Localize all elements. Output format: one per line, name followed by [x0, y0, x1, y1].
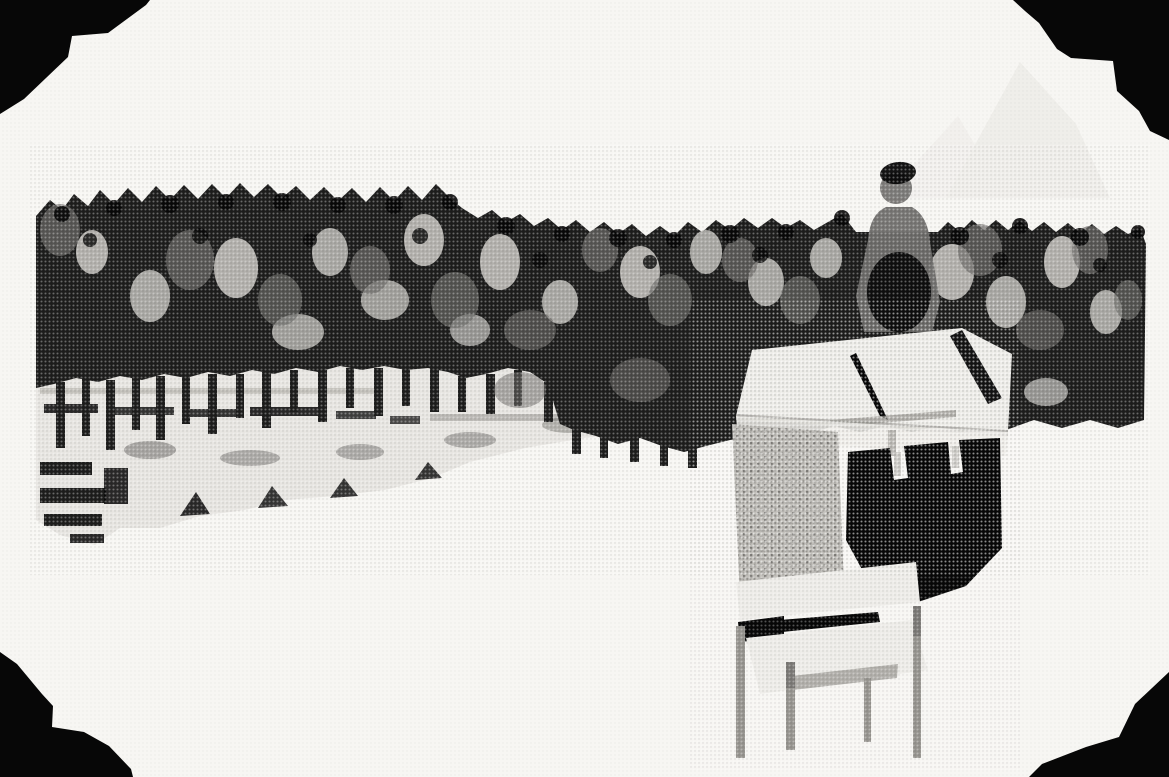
halftone-overlay	[0, 0, 1169, 777]
album-page	[0, 0, 1169, 777]
photo-scene	[0, 0, 1169, 777]
